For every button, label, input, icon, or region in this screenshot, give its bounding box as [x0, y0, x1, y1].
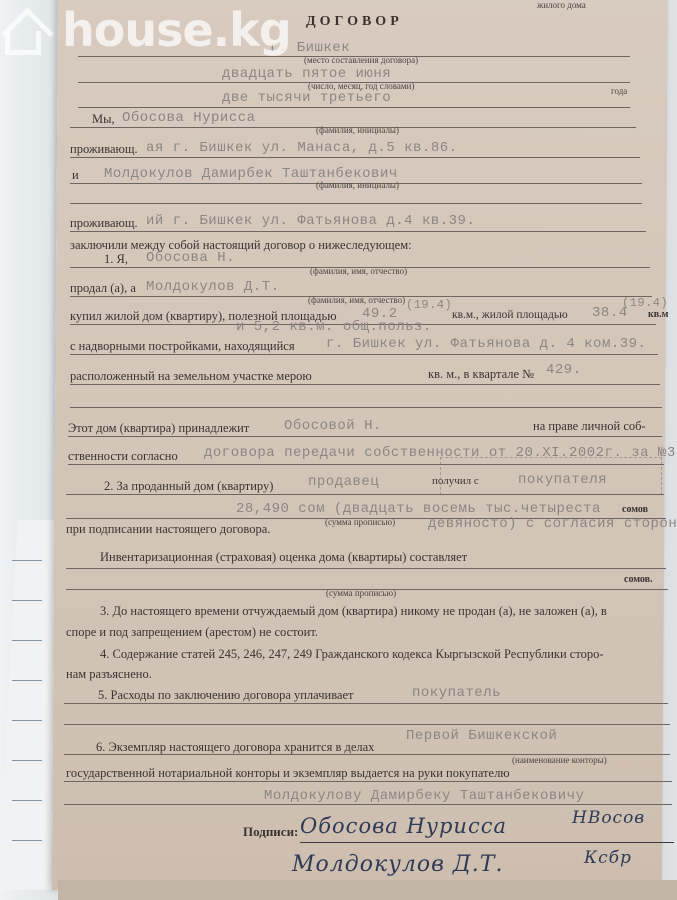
house-kg-watermark: house.kg [0, 0, 291, 60]
location-address: г. Бишкек ул. Фатьянова д. 4 ком.39. [326, 336, 646, 352]
seller-signature: Обосова Нурисса [300, 814, 507, 838]
amount-caption: (сумма прописью) [325, 517, 395, 527]
common-area: и 5,2 кв.м. общ.польз. [236, 319, 432, 335]
buyer-address: ий г. Бишкек ул. Фатьянова д.4 кв.39. [146, 213, 475, 229]
useful-area-note: (19.4) [406, 298, 452, 312]
house-icon [2, 5, 52, 55]
owner-label: Этот дом (квартира) принадлежит [68, 421, 249, 436]
valuation-caption: (сумма прописью) [326, 588, 396, 598]
ownership-basis: договора передачи собственности от 20.XI… [204, 445, 676, 461]
clause1-i-label: 1. Я, [104, 252, 128, 267]
buyer-short-name: Молдокулов Д.Т. [146, 279, 280, 295]
received-label: получил с [432, 475, 479, 487]
sold-label: продал (а), а [70, 281, 136, 296]
clause2-label: 2. За проданный дом (квартиру) [104, 479, 273, 494]
place-caption: (место составления договора) [304, 55, 418, 65]
date-value-line1: двадцать пятое июня [222, 66, 391, 82]
buyer-short-caption: (фамилия, имя, отчество) [308, 295, 405, 305]
clause4-continuation: нам разъяснено. [66, 667, 152, 682]
valuation-label: Инвентаризационная (страховая) оценка до… [100, 550, 467, 565]
seller-residing-label: проживающ. [70, 142, 138, 157]
seller-caption: (фамилия, инициалы) [316, 125, 399, 135]
seller-typed: продавец [308, 474, 379, 490]
owner-name: Обосовой Н. [284, 418, 382, 434]
seller-full-name: Обосова Нурисса [122, 110, 256, 126]
ownership-right-label: на праве личной соб- [533, 419, 646, 434]
valuation-currency: сомов. [624, 574, 653, 585]
seller-signature-mark: НВосов [572, 808, 645, 828]
currency-label: сомов [622, 504, 648, 515]
seller-short-caption: (фамилия, имя, отчество) [310, 266, 407, 276]
notary-office: Первой Бишкекской [406, 728, 557, 744]
date-value-line2: две тысячи третьего [222, 90, 391, 106]
watermark-brand: house.kg [62, 3, 291, 57]
buyer-residing-label: проживающ. [70, 216, 138, 231]
basis-label: ственности согласно [68, 449, 178, 464]
living-area-note: (19.4) [622, 296, 668, 310]
document-title: ДОГОВОР [306, 14, 403, 30]
area-unit-1: кв.м., жилой площадью [452, 309, 568, 321]
clause4-text: 4. Содержание статей 245, 246, 247, 249 … [100, 647, 604, 662]
from-typed: покупателя [518, 472, 607, 488]
clause3-continuation: споре и под запрещением (арестом) не сос… [66, 625, 318, 640]
we-label: Мы, [92, 112, 115, 127]
clause6-continuation: государственной нотариальной конторы и э… [66, 766, 510, 781]
copy-recipient: Молдокулову Дамирбеку Таштанбековичу [264, 788, 584, 804]
buyer-signature: Молдокулов Д.Т. [292, 852, 503, 877]
buyer-signature-mark: Ксбр [584, 848, 632, 868]
clause6-label: 6. Экземпляр настоящего договора хранитс… [96, 740, 374, 755]
block-label: кв. м., в квартале № [428, 367, 534, 382]
clause3-text: 3. До настоящего времени отчуждаемый дом… [100, 604, 607, 619]
office-caption: (наименование конторы) [512, 755, 607, 765]
signing-label: при подписании настоящего договора. [66, 522, 270, 537]
area-unit-2: кв.м [648, 309, 668, 320]
signatures-label: Подписи: [243, 824, 298, 840]
paper-bottom-edge [58, 880, 677, 900]
expense-payer: покупатель [412, 685, 501, 701]
and-label: и [72, 168, 79, 183]
concluded-text: заключили между собой настоящий договор … [70, 238, 412, 253]
seller-address: ая г. Бишкек ул. Манаса, д.5 кв.86. [146, 140, 458, 156]
plot-label: расположенный на земельном участке мерою [70, 369, 312, 384]
amount-words: 28,490 сом (двадцать восемь тыс.четырест… [236, 501, 601, 517]
outbuildings-label: с надворными постройками, находящийся [70, 339, 295, 354]
seller-short-name: Обосова Н. [146, 250, 235, 266]
corner-note: жилого дома [537, 0, 586, 10]
buyer-caption: (фамилия, инициалы) [316, 180, 399, 190]
year-suffix: года [611, 86, 627, 96]
block-number: 429. [546, 362, 582, 378]
clause5-label: 5. Расходы по заключению договора уплачи… [98, 688, 354, 703]
amount-continuation: девяносто) с согласия сторон [428, 516, 677, 532]
